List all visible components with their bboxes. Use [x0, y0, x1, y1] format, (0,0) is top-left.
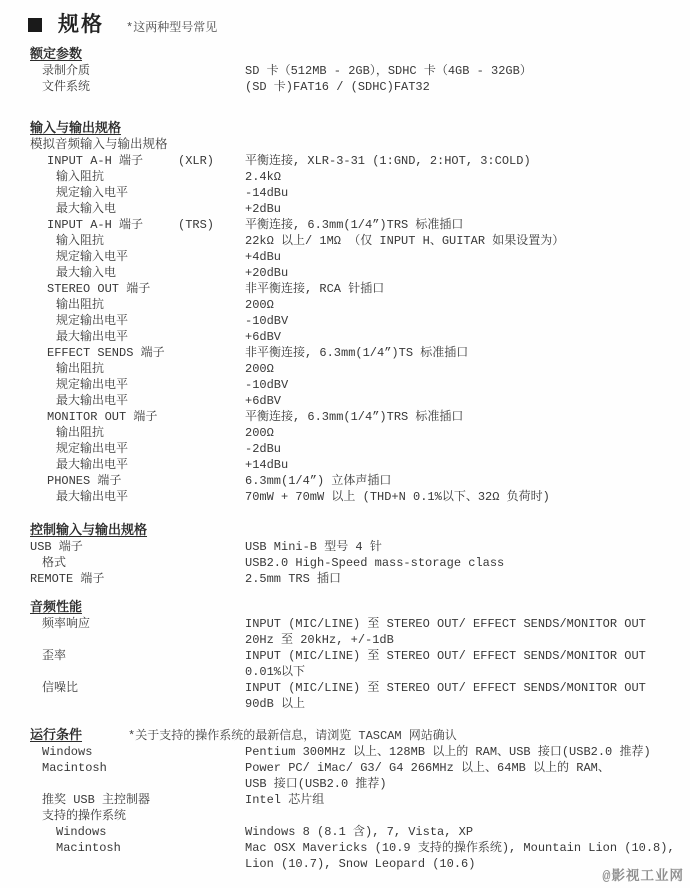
spec-row: 规定输入电平+4dBu [0, 249, 690, 265]
section-heading: 音频性能 [30, 600, 82, 616]
row-value: (SD 卡)FAT16 / (SDHC)FAT32 [245, 79, 430, 95]
spec-row-continuation: 90dB 以上 [0, 696, 690, 712]
spec-row: 规定输出电平-2dBu [0, 441, 690, 457]
section-subheading-row: 模拟音频输入与输出规格 [0, 137, 690, 153]
row-label: 格式 [42, 555, 66, 571]
row-label: PHONES 端子 [47, 473, 121, 489]
row-label: 输入阻抗 [56, 233, 104, 249]
row-value: +6dBV [245, 329, 281, 345]
row-value: -10dBV [245, 313, 288, 329]
row-value: 90dB 以上 [245, 696, 305, 712]
row-value: 2.4kΩ [245, 169, 281, 185]
page-title: 规格 [58, 12, 104, 36]
spec-row: MacintoshPower PC/ iMac/ G3/ G4 266MHz 以… [0, 760, 690, 776]
row-label: MONITOR OUT 端子 [47, 409, 157, 425]
row-label: 频率响应 [42, 616, 90, 632]
row-value: -2dBu [245, 441, 281, 457]
row-value: Lion (10.7), Snow Leopard (10.6) [245, 856, 475, 872]
row-value: USB 接口(USB2.0 推荐) [245, 776, 387, 792]
row-value: 非平衡连接, RCA 针插口 [245, 281, 384, 297]
row-value: +14dBu [245, 457, 288, 473]
row-value: +4dBu [245, 249, 281, 265]
row-value: 200Ω [245, 297, 274, 313]
spec-row-continuation: 0.01%以下 [0, 664, 690, 680]
spec-row: WindowsWindows 8 (8.1 含), 7, Vista, XP [0, 824, 690, 840]
spec-section: 输入与输出规格模拟音频输入与输出规格INPUT A-H 端子(XLR)平衡连接,… [0, 121, 690, 505]
row-value: -14dBu [245, 185, 288, 201]
row-value: INPUT (MIC/LINE) 至 STEREO OUT/ EFFECT SE… [245, 680, 646, 696]
row-value: USB Mini-B 型号 4 针 [245, 539, 382, 555]
row-label: 支持的操作系统 [42, 808, 126, 824]
spec-row: STEREO OUT 端子非平衡连接, RCA 针插口 [0, 281, 690, 297]
row-label: 规定输出电平 [56, 441, 128, 457]
row-label: 推奖 USB 主控制器 [42, 792, 150, 808]
row-value: Mac OSX Mavericks (10.9 支持的操作系统), Mounta… [245, 840, 675, 856]
row-value: 0.01%以下 [245, 664, 305, 680]
spec-row: USB 端子USB Mini-B 型号 4 针 [0, 539, 690, 555]
spec-row: 最大输入电+20dBu [0, 265, 690, 281]
spec-row: INPUT A-H 端子(TRS)平衡连接, 6.3mm(1/4”)TRS 标准… [0, 217, 690, 233]
title-note: *这两种型号常见 [126, 21, 217, 35]
spec-row: 文件系统(SD 卡)FAT16 / (SDHC)FAT32 [0, 79, 690, 95]
spec-row: PHONES 端子6.3mm(1/4”) 立体声插口 [0, 473, 690, 489]
row-value: 平衡连接, 6.3mm(1/4”)TRS 标准插口 [245, 217, 463, 233]
spec-row: 输出阻抗200Ω [0, 297, 690, 313]
row-label: STEREO OUT 端子 [47, 281, 150, 297]
row-label: Macintosh [56, 840, 121, 856]
row-value: 2.5mm TRS 插口 [245, 571, 341, 587]
row-value: -10dBV [245, 377, 288, 393]
row-value: Intel 芯片组 [245, 792, 324, 808]
row-value: +20dBu [245, 265, 288, 281]
row-label: 最大输出电平 [56, 457, 128, 473]
row-label: Windows [42, 744, 92, 760]
row-label: EFFECT SENDS 端子 [47, 345, 165, 361]
row-value: 22kΩ 以上/ 1MΩ （仅 INPUT H、GUITAR 如果设置为） [245, 233, 564, 249]
row-value: Windows 8 (8.1 含), 7, Vista, XP [245, 824, 473, 840]
watermark: @影视工业网 [602, 864, 684, 885]
row-label: 最大输出电平 [56, 329, 128, 345]
spec-row: 规定输入电平-14dBu [0, 185, 690, 201]
row-value: 6.3mm(1/4”) 立体声插口 [245, 473, 391, 489]
spec-row: WindowsPentium 300MHz 以上、128MB 以上的 RAM、U… [0, 744, 690, 760]
row-label: 规定输出电平 [56, 377, 128, 393]
row-label: 最大输出电平 [56, 393, 128, 409]
section-heading-row: 输入与输出规格 [0, 121, 690, 137]
spec-row: 最大输入电+2dBu [0, 201, 690, 217]
row-value: USB2.0 High-Speed mass-storage class [245, 555, 504, 571]
page-title-row: 规格*这两种型号常见 [28, 8, 217, 38]
section-heading: 控制输入与输出规格 [30, 523, 147, 539]
row-label: REMOTE 端子 [30, 571, 104, 587]
row-connector-type: (TRS) [178, 217, 214, 233]
row-label: 最大输入电 [56, 201, 116, 217]
row-label: 录制介质 [42, 63, 90, 79]
spec-row: 录制介质SD 卡（512MB - 2GB），SDHC 卡（4GB - 32GB） [0, 63, 690, 79]
section-heading-row: 控制输入与输出规格 [0, 523, 690, 539]
row-value: 平衡连接, 6.3mm(1/4”)TRS 标准插口 [245, 409, 463, 425]
row-value: INPUT (MIC/LINE) 至 STEREO OUT/ EFFECT SE… [245, 616, 646, 632]
row-label: 最大输入电 [56, 265, 116, 281]
square-bullet-icon [28, 18, 42, 32]
spec-row: 信噪比INPUT (MIC/LINE) 至 STEREO OUT/ EFFECT… [0, 680, 690, 696]
spec-section: 音频性能频率响应INPUT (MIC/LINE) 至 STEREO OUT/ E… [0, 600, 690, 712]
row-label: USB 端子 [30, 539, 83, 555]
spec-row: INPUT A-H 端子(XLR)平衡连接, XLR-3-31 (1:GND, … [0, 153, 690, 169]
row-label: 规定输入电平 [56, 249, 128, 265]
row-value: 70mW + 70mW 以上 (THD+N 0.1%以下、32Ω 负荷时) [245, 489, 550, 505]
spec-section: 控制输入与输出规格USB 端子USB Mini-B 型号 4 针格式USB2.0… [0, 523, 690, 587]
row-label: 输出阻抗 [56, 297, 104, 313]
section-heading: 输入与输出规格 [30, 121, 121, 137]
spec-row: 输出阻抗200Ω [0, 425, 690, 441]
row-label: 文件系统 [42, 79, 90, 95]
spec-content: 额定参数录制介质SD 卡（512MB - 2GB），SDHC 卡（4GB - 3… [0, 40, 690, 872]
spec-row-continuation: 20Hz 至 20kHz, +/-1dB [0, 632, 690, 648]
row-value: SD 卡（512MB - 2GB），SDHC 卡（4GB - 32GB） [245, 63, 532, 79]
spec-row: 输入阻抗2.4kΩ [0, 169, 690, 185]
row-label: 信噪比 [42, 680, 78, 696]
spec-row: 推奖 USB 主控制器Intel 芯片组 [0, 792, 690, 808]
row-label: 输出阻抗 [56, 361, 104, 377]
section-heading: 额定参数 [30, 47, 82, 63]
row-value: INPUT (MIC/LINE) 至 STEREO OUT/ EFFECT SE… [245, 648, 646, 664]
section-heading-row: 音频性能 [0, 600, 690, 616]
spec-row: REMOTE 端子2.5mm TRS 插口 [0, 571, 690, 587]
spec-row: 规定输出电平-10dBV [0, 377, 690, 393]
row-label: INPUT A-H 端子 [47, 217, 143, 233]
row-value: 平衡连接, XLR-3-31 (1:GND, 2:HOT, 3:COLD) [245, 153, 531, 169]
row-label: 歪率 [42, 648, 66, 664]
row-label: 最大输出电平 [56, 489, 128, 505]
spec-row: 歪率INPUT (MIC/LINE) 至 STEREO OUT/ EFFECT … [0, 648, 690, 664]
spec-row: 最大输出电平+6dBV [0, 329, 690, 345]
spec-row: EFFECT SENDS 端子非平衡连接, 6.3mm(1/4”)TS 标准插口 [0, 345, 690, 361]
row-label: 规定输出电平 [56, 313, 128, 329]
spec-row: MONITOR OUT 端子平衡连接, 6.3mm(1/4”)TRS 标准插口 [0, 409, 690, 425]
row-value: 非平衡连接, 6.3mm(1/4”)TS 标准插口 [245, 345, 468, 361]
spec-row: 规定输出电平-10dBV [0, 313, 690, 329]
spec-section: 额定参数录制介质SD 卡（512MB - 2GB），SDHC 卡（4GB - 3… [0, 47, 690, 95]
row-value: 200Ω [245, 361, 274, 377]
row-label: INPUT A-H 端子 [47, 153, 143, 169]
row-label: 输出阻抗 [56, 425, 104, 441]
spec-row-continuation: USB 接口(USB2.0 推荐) [0, 776, 690, 792]
spec-row: 最大输出电平70mW + 70mW 以上 (THD+N 0.1%以下、32Ω 负… [0, 489, 690, 505]
spec-row: 输入阻抗22kΩ 以上/ 1MΩ （仅 INPUT H、GUITAR 如果设置为… [0, 233, 690, 249]
row-label: Windows [56, 824, 106, 840]
row-value: +6dBV [245, 393, 281, 409]
section-heading: 运行条件 [30, 728, 82, 744]
section-heading-row: 额定参数 [0, 47, 690, 63]
spec-row: 最大输出电平+6dBV [0, 393, 690, 409]
row-label: 输入阻抗 [56, 169, 104, 185]
spec-row: 格式USB2.0 High-Speed mass-storage class [0, 555, 690, 571]
row-value: 200Ω [245, 425, 274, 441]
spec-row: MacintoshMac OSX Mavericks (10.9 支持的操作系统… [0, 840, 690, 856]
section-heading-row: 运行条件*关于支持的操作系统的最新信息，请浏览 TASCAM 网站确认 [0, 728, 690, 744]
spec-row: 输出阻抗200Ω [0, 361, 690, 377]
spec-row: 支持的操作系统 [0, 808, 690, 824]
row-value: Power PC/ iMac/ G3/ G4 266MHz 以上、64MB 以上… [245, 760, 610, 776]
row-connector-type: (XLR) [178, 153, 214, 169]
row-value: Pentium 300MHz 以上、128MB 以上的 RAM、USB 接口(U… [245, 744, 651, 760]
spec-row-continuation: Lion (10.7), Snow Leopard (10.6) [0, 856, 690, 872]
row-label: 规定输入电平 [56, 185, 128, 201]
spec-document-page: 规格*这两种型号常见 额定参数录制介质SD 卡（512MB - 2GB），SDH… [0, 0, 690, 888]
section-heading-note: *关于支持的操作系统的最新信息，请浏览 TASCAM 网站确认 [128, 728, 457, 744]
spec-row: 最大输出电平+14dBu [0, 457, 690, 473]
row-label: Macintosh [42, 760, 107, 776]
spec-section: 运行条件*关于支持的操作系统的最新信息，请浏览 TASCAM 网站确认Windo… [0, 728, 690, 872]
spec-row: 频率响应INPUT (MIC/LINE) 至 STEREO OUT/ EFFEC… [0, 616, 690, 632]
section-subheading: 模拟音频输入与输出规格 [30, 137, 168, 153]
row-value: 20Hz 至 20kHz, +/-1dB [245, 632, 394, 648]
row-value: +2dBu [245, 201, 281, 217]
